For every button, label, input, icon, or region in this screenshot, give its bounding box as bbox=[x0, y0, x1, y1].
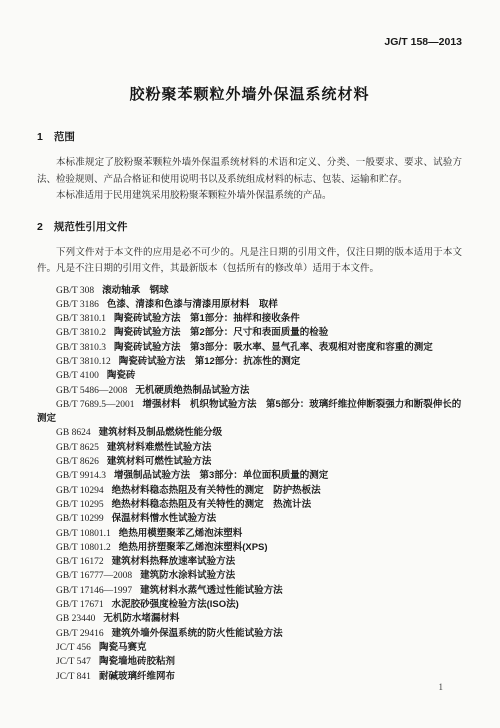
reference-item: GB/T 4100陶瓷砖 bbox=[37, 369, 462, 383]
reference-title: 绝热用模塑聚苯乙烯泡沫塑料 bbox=[119, 528, 243, 539]
reference-item: GB/T 10295绝热材料稳态热阻及有关特性的测定 热流计法 bbox=[37, 498, 462, 512]
reference-title: 建筑材料热释放速率试验方法 bbox=[112, 556, 236, 567]
reference-title: 建筑材料水蒸气透过性能试验方法 bbox=[140, 585, 283, 596]
reference-item: GB/T 3810.2陶瓷砖试验方法 第2部分：尺寸和表面质量的检验 bbox=[37, 326, 462, 340]
reference-code: GB/T 4100 bbox=[56, 371, 99, 381]
reference-title: 陶瓷砖试验方法 第2部分：尺寸和表面质量的检验 bbox=[114, 327, 328, 338]
section-heading-references: 2规范性引用文件 bbox=[37, 221, 462, 234]
reference-title: 建筑外墙外保温系统的防火性能试验方法 bbox=[112, 628, 283, 639]
reference-item: GB/T 3810.3陶瓷砖试验方法 第3部分：吸水率、显气孔率、表观相对密度和… bbox=[37, 341, 462, 355]
reference-item: GB/T 10801.1绝热用模塑聚苯乙烯泡沫塑料 bbox=[37, 527, 462, 541]
reference-item: GB/T 5486—2008无机硬质绝热制品试验方法 bbox=[37, 384, 462, 398]
reference-item: GB/T 16777—2008建筑防水涂料试验方法 bbox=[37, 569, 462, 583]
doc-code: JG/T 158—2013 bbox=[37, 36, 462, 49]
reference-title: 耐碱玻璃纤维网布 bbox=[99, 671, 175, 682]
reference-title: 建筑防水涂料试验方法 bbox=[140, 570, 235, 581]
reference-code: GB 23440 bbox=[56, 614, 95, 624]
section-number: 1 bbox=[37, 131, 43, 144]
reference-title: 增强制品试验方法 第3部分：单位面积质量的测定 bbox=[114, 470, 328, 481]
paragraph: 下列文件对于本文件的应用是必不可少的。凡是注日期的引用文件，仅注日期的版本适用于… bbox=[37, 245, 462, 278]
reference-title: 滚动轴承 钢球 bbox=[102, 285, 169, 296]
reference-item: GB/T 3810.1陶瓷砖试验方法 第1部分：抽样和接收条件 bbox=[37, 312, 462, 326]
reference-item: GB/T 3186色漆、清漆和色漆与清漆用原材料 取样 bbox=[37, 298, 462, 312]
reference-item: GB 23440无机防水堵漏材料 bbox=[37, 612, 462, 626]
reference-item: JC/T 547陶瓷墙地砖胶粘剂 bbox=[37, 655, 462, 669]
reference-code: GB/T 3810.3 bbox=[56, 343, 106, 353]
reference-code: GB/T 5486—2008 bbox=[56, 386, 127, 396]
reference-title: 色漆、清漆和色漆与清漆用原材料 取样 bbox=[107, 299, 278, 310]
reference-title: 保温材料憎水性试验方法 bbox=[112, 513, 217, 524]
reference-item: GB/T 29416建筑外墙外保温系统的防火性能试验方法 bbox=[37, 627, 462, 641]
reference-code: GB/T 10801.1 bbox=[56, 529, 111, 539]
reference-item: GB/T 8625建筑材料难燃性试验方法 bbox=[37, 441, 462, 455]
reference-item: GB/T 16172建筑材料热释放速率试验方法 bbox=[37, 555, 462, 569]
reference-code: GB/T 10295 bbox=[56, 500, 104, 510]
document-title: 胶粉聚苯颗粒外墙外保温系统材料 bbox=[37, 85, 462, 105]
reference-item: GB/T 7689.5—2001增强材料 机织物试验方法 第5部分：玻璃纤维拉伸… bbox=[37, 398, 462, 427]
reference-title: 陶瓷砖试验方法 第12部分：抗冻性的测定 bbox=[119, 356, 301, 367]
reference-code: GB/T 10294 bbox=[56, 486, 104, 496]
reference-code: GB/T 8625 bbox=[56, 443, 99, 453]
reference-item: GB/T 17671水泥胶砂强度检验方法(ISO法) bbox=[37, 598, 462, 612]
reference-code: GB/T 3810.12 bbox=[56, 357, 111, 367]
reference-item: GB/T 10294绝热材料稳态热阻及有关特性的测定 防护热板法 bbox=[37, 484, 462, 498]
reference-code: GB 8624 bbox=[56, 428, 91, 438]
reference-title: 陶瓷马赛克 bbox=[99, 642, 147, 653]
paragraph: 本标准适用于民用建筑采用胶粉聚苯颗粒外墙外保温系统的产品。 bbox=[37, 188, 462, 205]
reference-item: GB/T 10801.2绝热用挤塑聚苯乙烯泡沫塑料(XPS) bbox=[37, 541, 462, 555]
reference-title: 建筑材料可燃性试验方法 bbox=[107, 456, 212, 467]
reference-item: GB/T 308滚动轴承 钢球 bbox=[37, 284, 462, 298]
reference-code: GB/T 17671 bbox=[56, 600, 104, 610]
reference-code: GB/T 16777—2008 bbox=[56, 571, 132, 581]
reference-code: GB/T 308 bbox=[56, 286, 94, 296]
section-heading-text: 范围 bbox=[54, 131, 75, 143]
reference-title: 绝热材料稳态热阻及有关特性的测定 热流计法 bbox=[112, 499, 312, 510]
reference-title: 水泥胶砂强度检验方法(ISO法) bbox=[112, 599, 239, 610]
section-heading-text: 规范性引用文件 bbox=[54, 221, 128, 233]
reference-item: GB 8624建筑材料及制品燃烧性能分级 bbox=[37, 426, 462, 440]
reference-code: GB/T 29416 bbox=[56, 629, 104, 639]
reference-title: 无机硬质绝热制品试验方法 bbox=[135, 385, 249, 396]
reference-title: 陶瓷墙地砖胶粘剂 bbox=[99, 656, 175, 667]
reference-code: GB/T 8626 bbox=[56, 457, 99, 467]
reference-code: GB/T 3810.1 bbox=[56, 314, 106, 324]
reference-code: GB/T 16172 bbox=[56, 557, 104, 567]
reference-item: GB/T 17146—1997建筑材料水蒸气透过性能试验方法 bbox=[37, 584, 462, 598]
reference-code: JC/T 456 bbox=[56, 643, 91, 653]
reference-code: GB/T 10299 bbox=[56, 514, 104, 524]
reference-code: GB/T 9914.3 bbox=[56, 471, 106, 481]
reference-code: GB/T 17146—1997 bbox=[56, 586, 132, 596]
reference-title: 陶瓷砖试验方法 第1部分：抽样和接收条件 bbox=[114, 313, 300, 324]
reference-title: 陶瓷砖试验方法 第3部分：吸水率、显气孔率、表观相对密度和容重的测定 bbox=[114, 342, 433, 353]
reference-code: JC/T 841 bbox=[56, 672, 91, 682]
references-list: GB/T 308滚动轴承 钢球GB/T 3186色漆、清漆和色漆与清漆用原材料 … bbox=[37, 284, 462, 684]
reference-item: GB/T 8626建筑材料可燃性试验方法 bbox=[37, 455, 462, 469]
paragraph: 本标准规定了胶粉聚苯颗粒外墙外保温系统材料的术语和定义、分类、一般要求、要求、试… bbox=[37, 155, 462, 188]
reference-item: JC/T 841耐碱玻璃纤维网布 bbox=[37, 670, 462, 684]
reference-code: GB/T 3810.2 bbox=[56, 328, 106, 338]
reference-title: 建筑材料及制品燃烧性能分级 bbox=[99, 427, 223, 438]
reference-title: 绝热用挤塑聚苯乙烯泡沫塑料(XPS) bbox=[119, 542, 268, 553]
reference-item: GB/T 10299保温材料憎水性试验方法 bbox=[37, 512, 462, 526]
reference-item: GB/T 9914.3增强制品试验方法 第3部分：单位面积质量的测定 bbox=[37, 469, 462, 483]
reference-item: GB/T 3810.12陶瓷砖试验方法 第12部分：抗冻性的测定 bbox=[37, 355, 462, 369]
reference-code: GB/T 7689.5—2001 bbox=[56, 400, 134, 410]
page-number: 1 bbox=[439, 682, 444, 692]
section-heading-scope: 1范围 bbox=[37, 131, 462, 144]
reference-title: 绝热材料稳态热阻及有关特性的测定 防护热板法 bbox=[112, 485, 321, 496]
reference-code: GB/T 10801.2 bbox=[56, 543, 111, 553]
reference-title: 陶瓷砖 bbox=[107, 370, 136, 381]
reference-title: 无机防水堵漏材料 bbox=[103, 613, 179, 624]
section-number: 2 bbox=[37, 221, 43, 234]
reference-item: JC/T 456陶瓷马赛克 bbox=[37, 641, 462, 655]
reference-code: JC/T 547 bbox=[56, 657, 91, 667]
reference-code: GB/T 3186 bbox=[56, 300, 99, 310]
reference-title: 建筑材料难燃性试验方法 bbox=[107, 442, 212, 453]
document-page: JG/T 158—2013 胶粉聚苯颗粒外墙外保温系统材料 1范围 本标准规定了… bbox=[0, 0, 500, 728]
